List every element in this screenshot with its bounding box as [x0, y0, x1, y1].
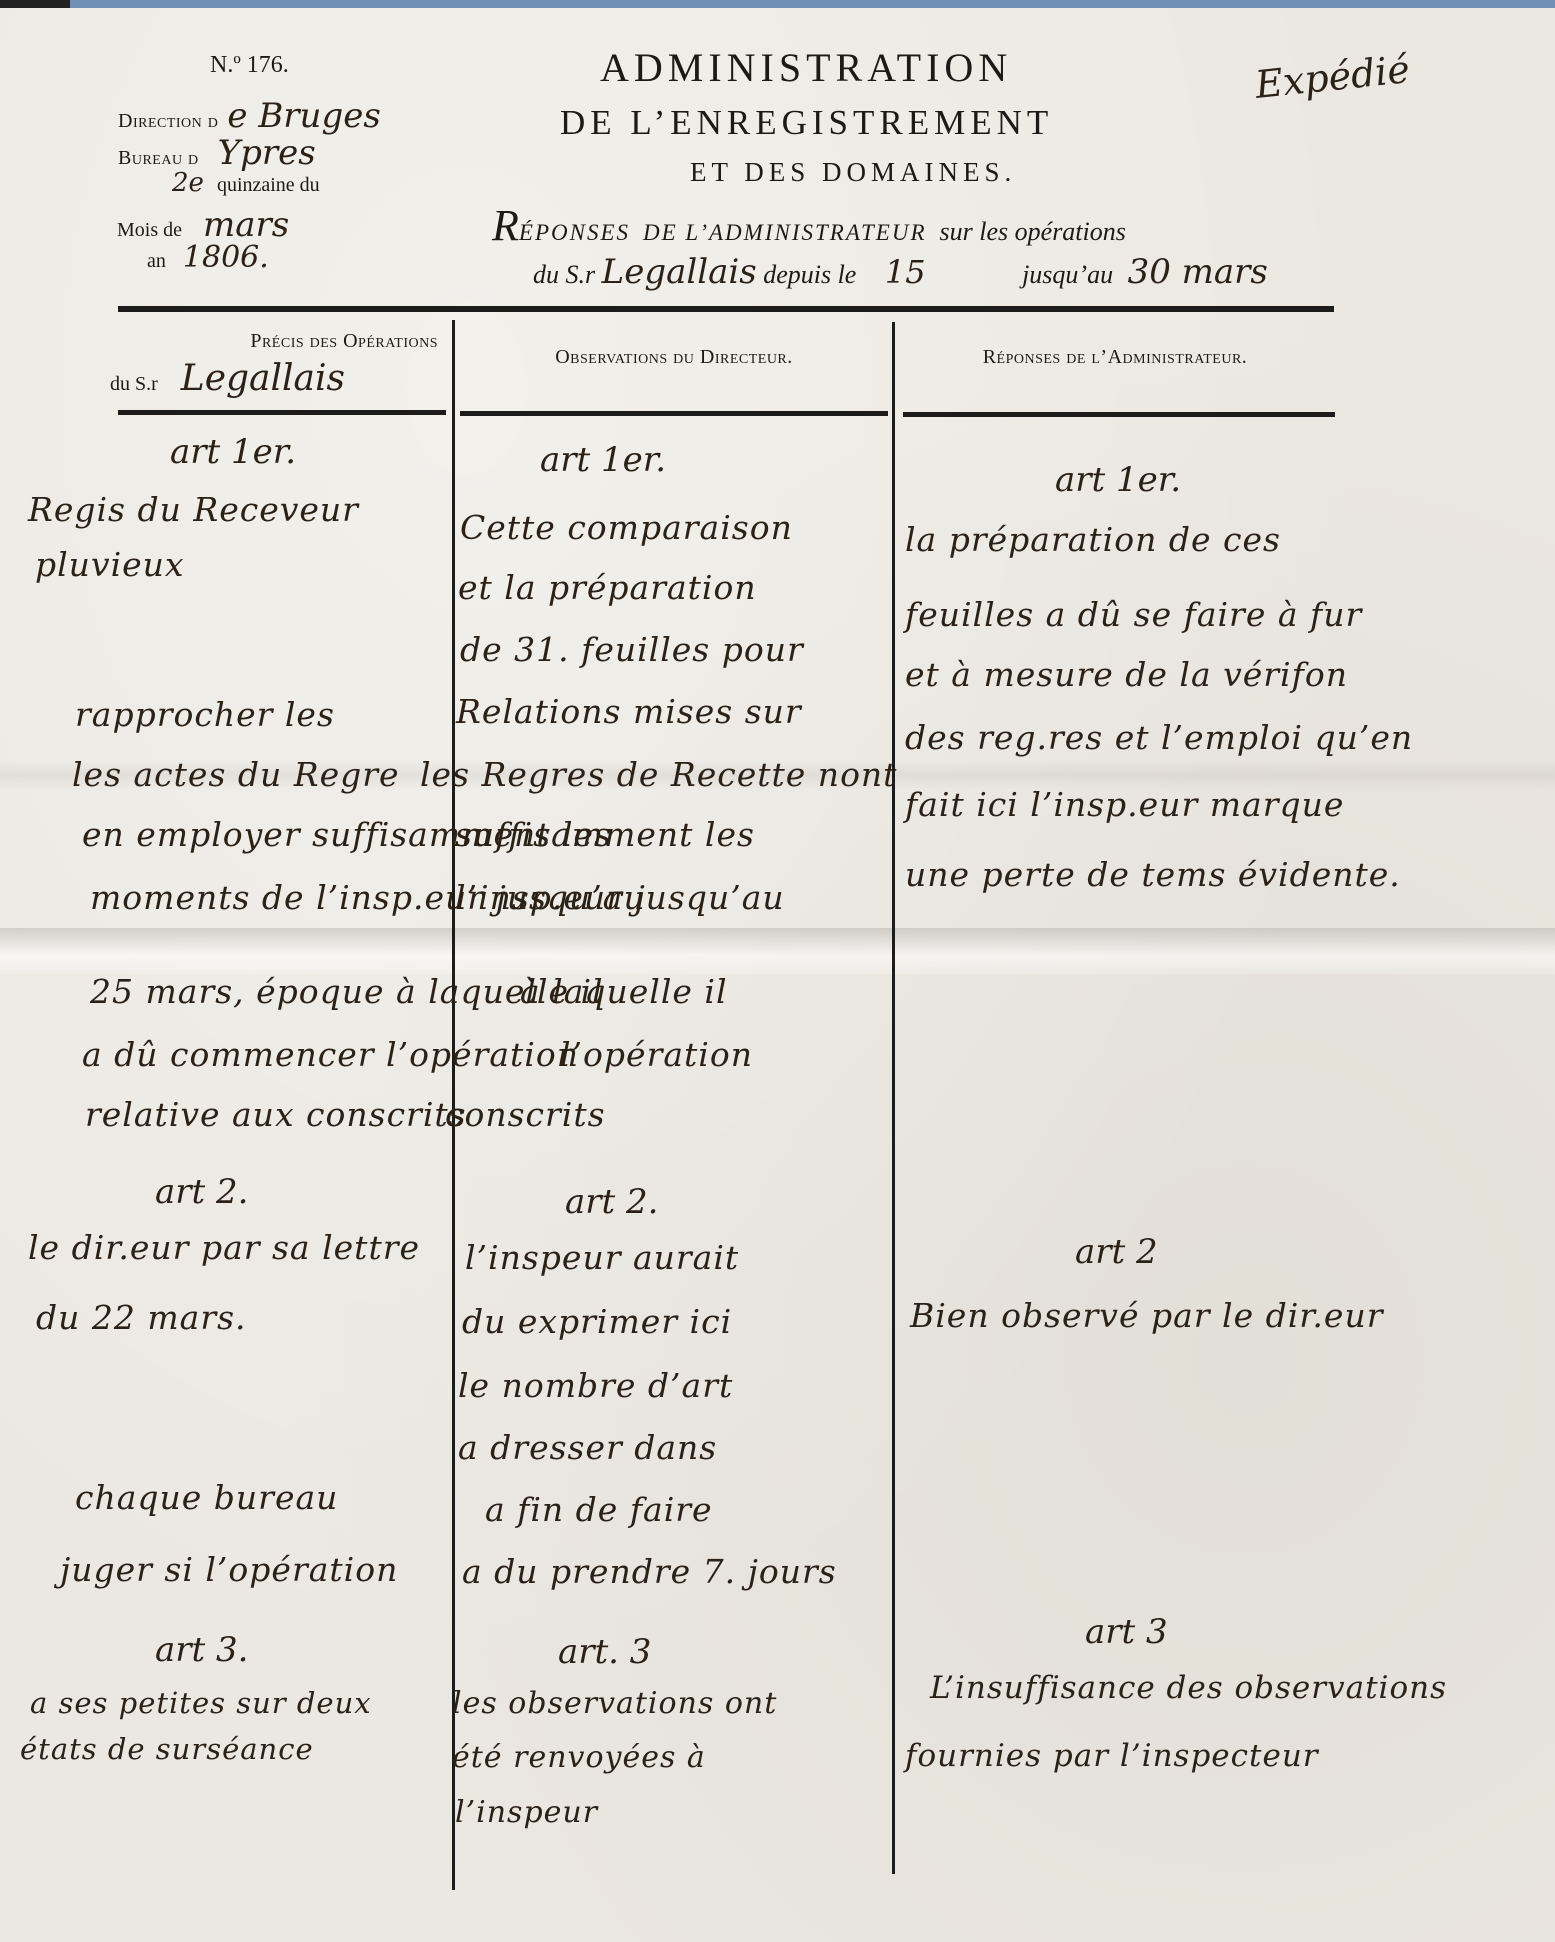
depuis-value: 15: [885, 253, 926, 291]
col1-line: Regis du Receveur: [28, 490, 359, 529]
col2-line: à laquelle il: [520, 972, 728, 1011]
col3-line: une perte de tems évidente.: [905, 855, 1401, 894]
paper-fold: [0, 928, 1555, 974]
expedie-annotation: Expédié: [1253, 47, 1412, 107]
col2-line: l’insp.eur jusqu’au: [455, 878, 785, 917]
col1-du-label: du S.r: [110, 373, 158, 395]
col1-line: pluvieux: [35, 545, 185, 584]
an-field: an 1806.: [147, 240, 269, 275]
col3-art1-title: art 1er.: [1055, 460, 1181, 500]
col1-line: relative aux conscrits: [85, 1095, 467, 1134]
col2-header-rule: [460, 411, 888, 416]
col1-header: Précis des Opérations: [118, 330, 438, 353]
quinzaine-label: quinzaine du: [217, 174, 320, 196]
title-line1: ADMINISTRATION: [600, 44, 1012, 91]
col3-art3-title: art 3: [1085, 1612, 1168, 1652]
col2-line: été renvoyées à: [452, 1740, 706, 1775]
col3-line: et à mesure de la vérifon: [905, 655, 1348, 694]
direction-label: Direction d: [118, 110, 218, 132]
col3-line: des reg.res et l’emploi qu’en: [905, 718, 1413, 757]
an-label: an: [147, 250, 166, 272]
col2-line: a fin de faire: [485, 1490, 713, 1529]
direction-field: Direction d e Bruges: [118, 96, 381, 136]
subtitle: RÉPONSES de l’Administrateur sur les opé…: [492, 200, 1126, 251]
col3-line: fournies par l’inspecteur: [905, 1738, 1319, 1774]
col1-header-rule: [118, 410, 446, 415]
col3-header: Réponses de l’Administrateur.: [900, 346, 1330, 369]
col1-line: états de surséance: [20, 1732, 314, 1766]
col2-line: le nombre d’art: [458, 1366, 733, 1405]
col2-line: les observations ont: [452, 1686, 777, 1721]
col1-agent-name: Legallais: [181, 358, 345, 399]
col3-line: L’insuffisance des observations: [930, 1670, 1447, 1706]
col3-line: Bien observé par le dir.eur: [910, 1296, 1383, 1335]
bureau-value: Ypres: [218, 133, 316, 173]
col2-line: a dresser dans: [458, 1428, 717, 1467]
title-line3: ET DES DOMAINES.: [690, 157, 1016, 188]
quinzaine-prefix: 2e: [172, 168, 204, 198]
subtitle-reponses: ÉPONSES: [519, 220, 630, 245]
bureau-label: Bureau d: [118, 147, 199, 169]
col2-line: l’inspeur aurait: [465, 1238, 739, 1277]
col2-line: l’opération: [560, 1035, 753, 1074]
col1-line: a dû commencer l’opération: [82, 1035, 579, 1074]
col1-art1-title: art 1er.: [170, 432, 296, 472]
col1-line: les actes du Regre: [72, 755, 400, 794]
col1-line: juger si l’opération: [60, 1550, 398, 1589]
jusqu-label: jusqu’au: [1022, 260, 1113, 289]
col2-line: et la préparation: [458, 568, 757, 607]
title-line2: DE L’ENREGISTREMENT: [560, 103, 1053, 143]
col3-header-rule: [903, 412, 1335, 417]
col2-line: de 31. feuilles pour: [460, 630, 804, 669]
document-paper: N.º 176. Direction d e Bruges Bureau d Y…: [0, 0, 1555, 1942]
mois-value: mars: [203, 205, 289, 245]
col3-art2-title: art 2: [1075, 1232, 1158, 1272]
col2-line: les Regres de Recette nont: [420, 755, 897, 794]
col1-line: le dir.eur par sa lettre: [28, 1228, 420, 1267]
col2-line: a du prendre 7. jours: [462, 1552, 837, 1591]
mois-field: Mois de mars: [117, 205, 289, 245]
col2-line: suffisamment les: [455, 815, 755, 854]
col2-line: du exprimer ici: [462, 1302, 732, 1341]
col2-line: conscrits: [445, 1095, 606, 1134]
col3-line: la préparation de ces: [905, 520, 1281, 559]
quinzaine-field: 2e quinzaine du: [172, 168, 320, 198]
depuis-label: depuis le: [763, 260, 856, 289]
du-label: du S.r: [533, 260, 595, 289]
jusqu-value: 30 mars: [1128, 252, 1268, 292]
col2-art1-title: art 1er.: [540, 440, 666, 480]
bureau-field: Bureau d Ypres: [118, 133, 316, 173]
an-value: 1806.: [183, 240, 269, 275]
col1-art3-title: art 3.: [155, 1630, 248, 1670]
scan-top-corner: [0, 0, 70, 8]
direction-value: e Bruges: [227, 96, 380, 136]
col1-line: a ses petites sur deux: [30, 1686, 372, 1720]
col3-line: feuilles a dû se faire à fur: [905, 595, 1362, 634]
col1-header-line2: du S.r Legallais: [110, 358, 345, 399]
col2-art3-title: art. 3: [558, 1632, 651, 1672]
mois-label: Mois de: [117, 219, 182, 241]
col1-line: chaque bureau: [75, 1478, 338, 1517]
period-line: du S.r Legallais depuis le 15 jusqu’au 3…: [533, 252, 1268, 292]
column-divider-2: [892, 322, 895, 1874]
col3-line: fait ici l’insp.eur marque: [905, 785, 1344, 824]
col1-line: rapprocher les: [75, 695, 335, 734]
table-top-rule: [118, 306, 1334, 312]
col2-line: l’inspeur: [455, 1795, 598, 1830]
subtitle-operations: sur les opérations: [940, 217, 1126, 246]
form-number: N.º 176.: [210, 52, 289, 79]
col1-header-line1: Précis des Opérations: [118, 330, 438, 353]
col2-line: Cette comparaison: [460, 508, 793, 547]
subtitle-initial: R: [492, 201, 519, 250]
col2-line: Relations mises sur: [456, 692, 802, 731]
col2-header: Observations du Directeur.: [460, 346, 888, 369]
scan-top-edge: [0, 0, 1555, 8]
col1-art2-title: art 2.: [155, 1172, 248, 1212]
subtitle-administrateur: de l’Administrateur: [643, 220, 927, 245]
col2-art2-title: art 2.: [565, 1182, 658, 1222]
agent-name: Legallais: [602, 252, 757, 292]
col1-line: du 22 mars.: [36, 1298, 247, 1337]
